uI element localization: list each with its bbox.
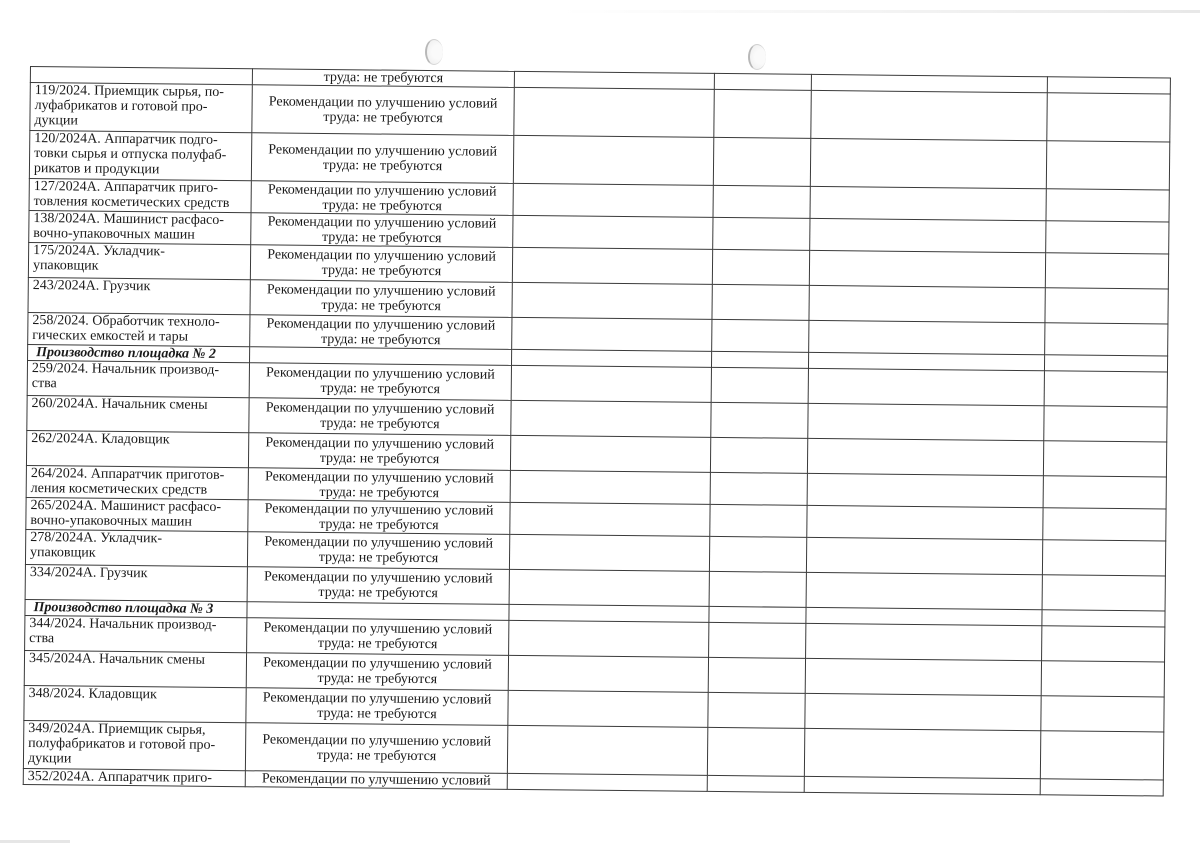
empty-cell xyxy=(710,472,807,505)
empty-cell xyxy=(806,623,1042,660)
empty-cell xyxy=(714,73,811,90)
empty-cell xyxy=(507,773,707,791)
position-cell: 120/2024А. Аппаратчик подго- товки сырья… xyxy=(29,131,251,181)
recommendation-cell: Рекомендации по улучшению условий труда:… xyxy=(249,398,511,436)
empty-cell xyxy=(1043,508,1166,541)
empty-cell xyxy=(512,282,712,319)
recommendation-cell: Рекомендации по улучшению условий труда:… xyxy=(246,653,508,691)
empty-cell xyxy=(712,249,809,285)
recommendation-cell: Рекомендации по улучшению условий труда:… xyxy=(248,500,510,535)
position-cell: 138/2024А. Машинист расфасо- вочно-упако… xyxy=(29,210,251,244)
empty-cell xyxy=(509,569,709,606)
empty-cell xyxy=(1046,189,1169,222)
recommendation-cell: Рекомендации по улучшению условий xyxy=(245,771,507,790)
empty-cell xyxy=(1042,540,1165,576)
document-page: труда: не требуются 119/2024. Приемщик с… xyxy=(23,66,1170,797)
empty-cell xyxy=(710,504,807,537)
position-cell: 175/2024А. Укладчик- упаковщик xyxy=(28,242,250,279)
position-cell: 352/2024А. Аппаратчик приго- xyxy=(23,768,245,786)
empty-cell xyxy=(804,776,1040,794)
empty-cell xyxy=(1045,323,1168,356)
empty-cell xyxy=(805,693,1041,730)
empty-cell xyxy=(804,728,1040,778)
empty-cell xyxy=(809,285,1045,322)
empty-cell xyxy=(710,437,807,473)
empty-cell xyxy=(809,250,1045,287)
recommendation-cell: Рекомендации по улучшению условий труда:… xyxy=(250,245,512,283)
empty-cell xyxy=(709,606,806,623)
scan-edge xyxy=(0,840,70,843)
empty-cell xyxy=(513,183,713,217)
empty-cell xyxy=(509,620,709,657)
recommendation-cell: Рекомендации по улучшению условий труда:… xyxy=(247,618,509,656)
empty-cell xyxy=(1043,441,1166,477)
punch-hole-icon xyxy=(425,39,443,65)
recommendation-cell: Рекомендации по улучшению условий труда:… xyxy=(246,688,508,726)
position-cell: 262/2024А. Кладовщик xyxy=(26,430,248,467)
section-title: Производство площадка № 3 xyxy=(25,599,247,617)
position-cell: 345/2024А. Начальник смены xyxy=(24,650,246,687)
position-cell: 127/2024А. Аппаратчик приго- товления ко… xyxy=(29,178,251,212)
empty-cell xyxy=(810,138,1046,188)
recommendation-cell: Рекомендации по улучшению условий труда:… xyxy=(251,133,513,184)
empty-cell xyxy=(510,435,710,472)
working-conditions-table: труда: не требуются 119/2024. Приемщик с… xyxy=(23,66,1171,797)
empty-cell xyxy=(510,470,710,504)
position-cell: 260/2024А. Начальник смены xyxy=(27,395,249,432)
position-cell: 264/2024. Аппаратчик приготов- ления кос… xyxy=(26,465,248,499)
empty-cell xyxy=(711,402,808,438)
empty-cell xyxy=(1040,779,1163,796)
position-cell: 243/2024А. Грузчик xyxy=(28,277,250,314)
empty-cell xyxy=(711,351,808,368)
empty-cell xyxy=(1045,253,1168,289)
empty-cell xyxy=(511,365,711,402)
empty-cell xyxy=(1040,731,1163,780)
position-cell: 349/2024А. Приемщик сырья, полуфабрикато… xyxy=(23,720,245,770)
position-cell: 344/2024. Начальник производ- ства xyxy=(25,615,247,652)
empty-cell xyxy=(1043,476,1166,509)
recommendation-cell: Рекомендации по улучшению условий труда:… xyxy=(247,567,509,605)
empty-cell xyxy=(508,655,708,692)
empty-cell xyxy=(807,438,1043,475)
recommendation-cell: Рекомендации по улучшению условий труда:… xyxy=(251,181,513,216)
empty-cell xyxy=(509,534,709,571)
empty-cell xyxy=(712,319,809,352)
empty-cell xyxy=(709,536,806,572)
empty-cell xyxy=(806,572,1042,609)
empty-cell xyxy=(514,87,714,137)
empty-cell xyxy=(807,473,1043,507)
recommendation-cell: Рекомендации по улучшению условий труда:… xyxy=(249,363,511,401)
empty-cell xyxy=(1045,288,1168,324)
empty-cell xyxy=(1047,93,1170,142)
empty-cell xyxy=(806,537,1042,574)
empty-cell xyxy=(1042,610,1165,627)
empty-cell xyxy=(707,727,804,776)
recommendation-cell: Рекомендации по улучшению условий труда:… xyxy=(250,315,512,350)
recommendation-cell: Рекомендации по улучшению условий труда:… xyxy=(245,723,507,774)
position-cell: 348/2024. Кладовщик xyxy=(24,685,246,722)
empty-cell xyxy=(708,692,805,728)
recommendation-cell: Рекомендации по улучшению условий труда:… xyxy=(251,213,513,248)
empty-cell xyxy=(510,502,710,536)
empty-cell xyxy=(712,284,809,320)
empty-cell xyxy=(513,135,713,185)
empty-cell xyxy=(810,186,1046,220)
empty-cell xyxy=(713,137,810,186)
empty-cell xyxy=(708,657,805,693)
empty-cell xyxy=(713,217,810,250)
empty-cell xyxy=(1041,696,1164,732)
position-cell: 119/2024. Приемщик сырья, по- луфабрикат… xyxy=(30,83,252,133)
recommendation-cell: Рекомендации по улучшению условий труда:… xyxy=(252,85,514,136)
empty-cell xyxy=(513,215,713,249)
empty-cell xyxy=(711,367,808,403)
empty-cell xyxy=(508,690,708,727)
empty-cell xyxy=(1044,355,1167,372)
recommendation-cell: Рекомендации по улучшению условий труда:… xyxy=(248,433,510,471)
empty-cell xyxy=(805,658,1041,695)
empty-cell xyxy=(512,247,712,284)
recommendation-cell: Рекомендации по улучшению условий труда:… xyxy=(247,532,509,570)
position-cell: 334/2024А. Грузчик xyxy=(25,564,247,601)
empty-cell xyxy=(507,725,707,775)
empty-cell xyxy=(1041,661,1164,697)
section-title: Производство площадка № 2 xyxy=(28,344,250,362)
scan-edge xyxy=(560,10,1200,13)
empty-cell xyxy=(714,89,811,138)
position-cell: 265/2024А. Машинист расфасо- вочно-упако… xyxy=(26,497,248,531)
punch-hole-icon xyxy=(748,44,766,70)
empty-cell xyxy=(1042,626,1165,662)
empty-cell xyxy=(811,90,1047,140)
recommendation-cell: Рекомендации по улучшению условий труда:… xyxy=(248,468,510,503)
position-cell: 258/2024. Обработчик техноло- гических е… xyxy=(28,312,250,346)
empty-cell xyxy=(1044,371,1167,407)
empty-cell xyxy=(709,571,806,607)
empty-cell xyxy=(1044,406,1167,442)
empty-cell xyxy=(1042,575,1165,611)
empty-cell xyxy=(809,320,1045,354)
recommendation-cell: Рекомендации по улучшению условий труда:… xyxy=(250,280,512,318)
empty-cell xyxy=(511,400,711,437)
empty-cell xyxy=(808,368,1044,405)
empty-cell xyxy=(807,505,1043,539)
empty-cell xyxy=(707,775,804,792)
empty-cell xyxy=(1047,77,1170,94)
position-cell: 259/2024. Начальник производ- ства xyxy=(27,360,249,397)
position-cell: 278/2024А. Укладчик- упаковщик xyxy=(25,529,247,566)
empty-cell xyxy=(808,403,1044,440)
empty-cell xyxy=(1046,221,1169,254)
empty-cell xyxy=(713,185,810,218)
empty-cell xyxy=(810,218,1046,252)
empty-cell xyxy=(512,317,712,351)
empty-cell xyxy=(1046,141,1169,190)
empty-cell xyxy=(709,622,806,658)
